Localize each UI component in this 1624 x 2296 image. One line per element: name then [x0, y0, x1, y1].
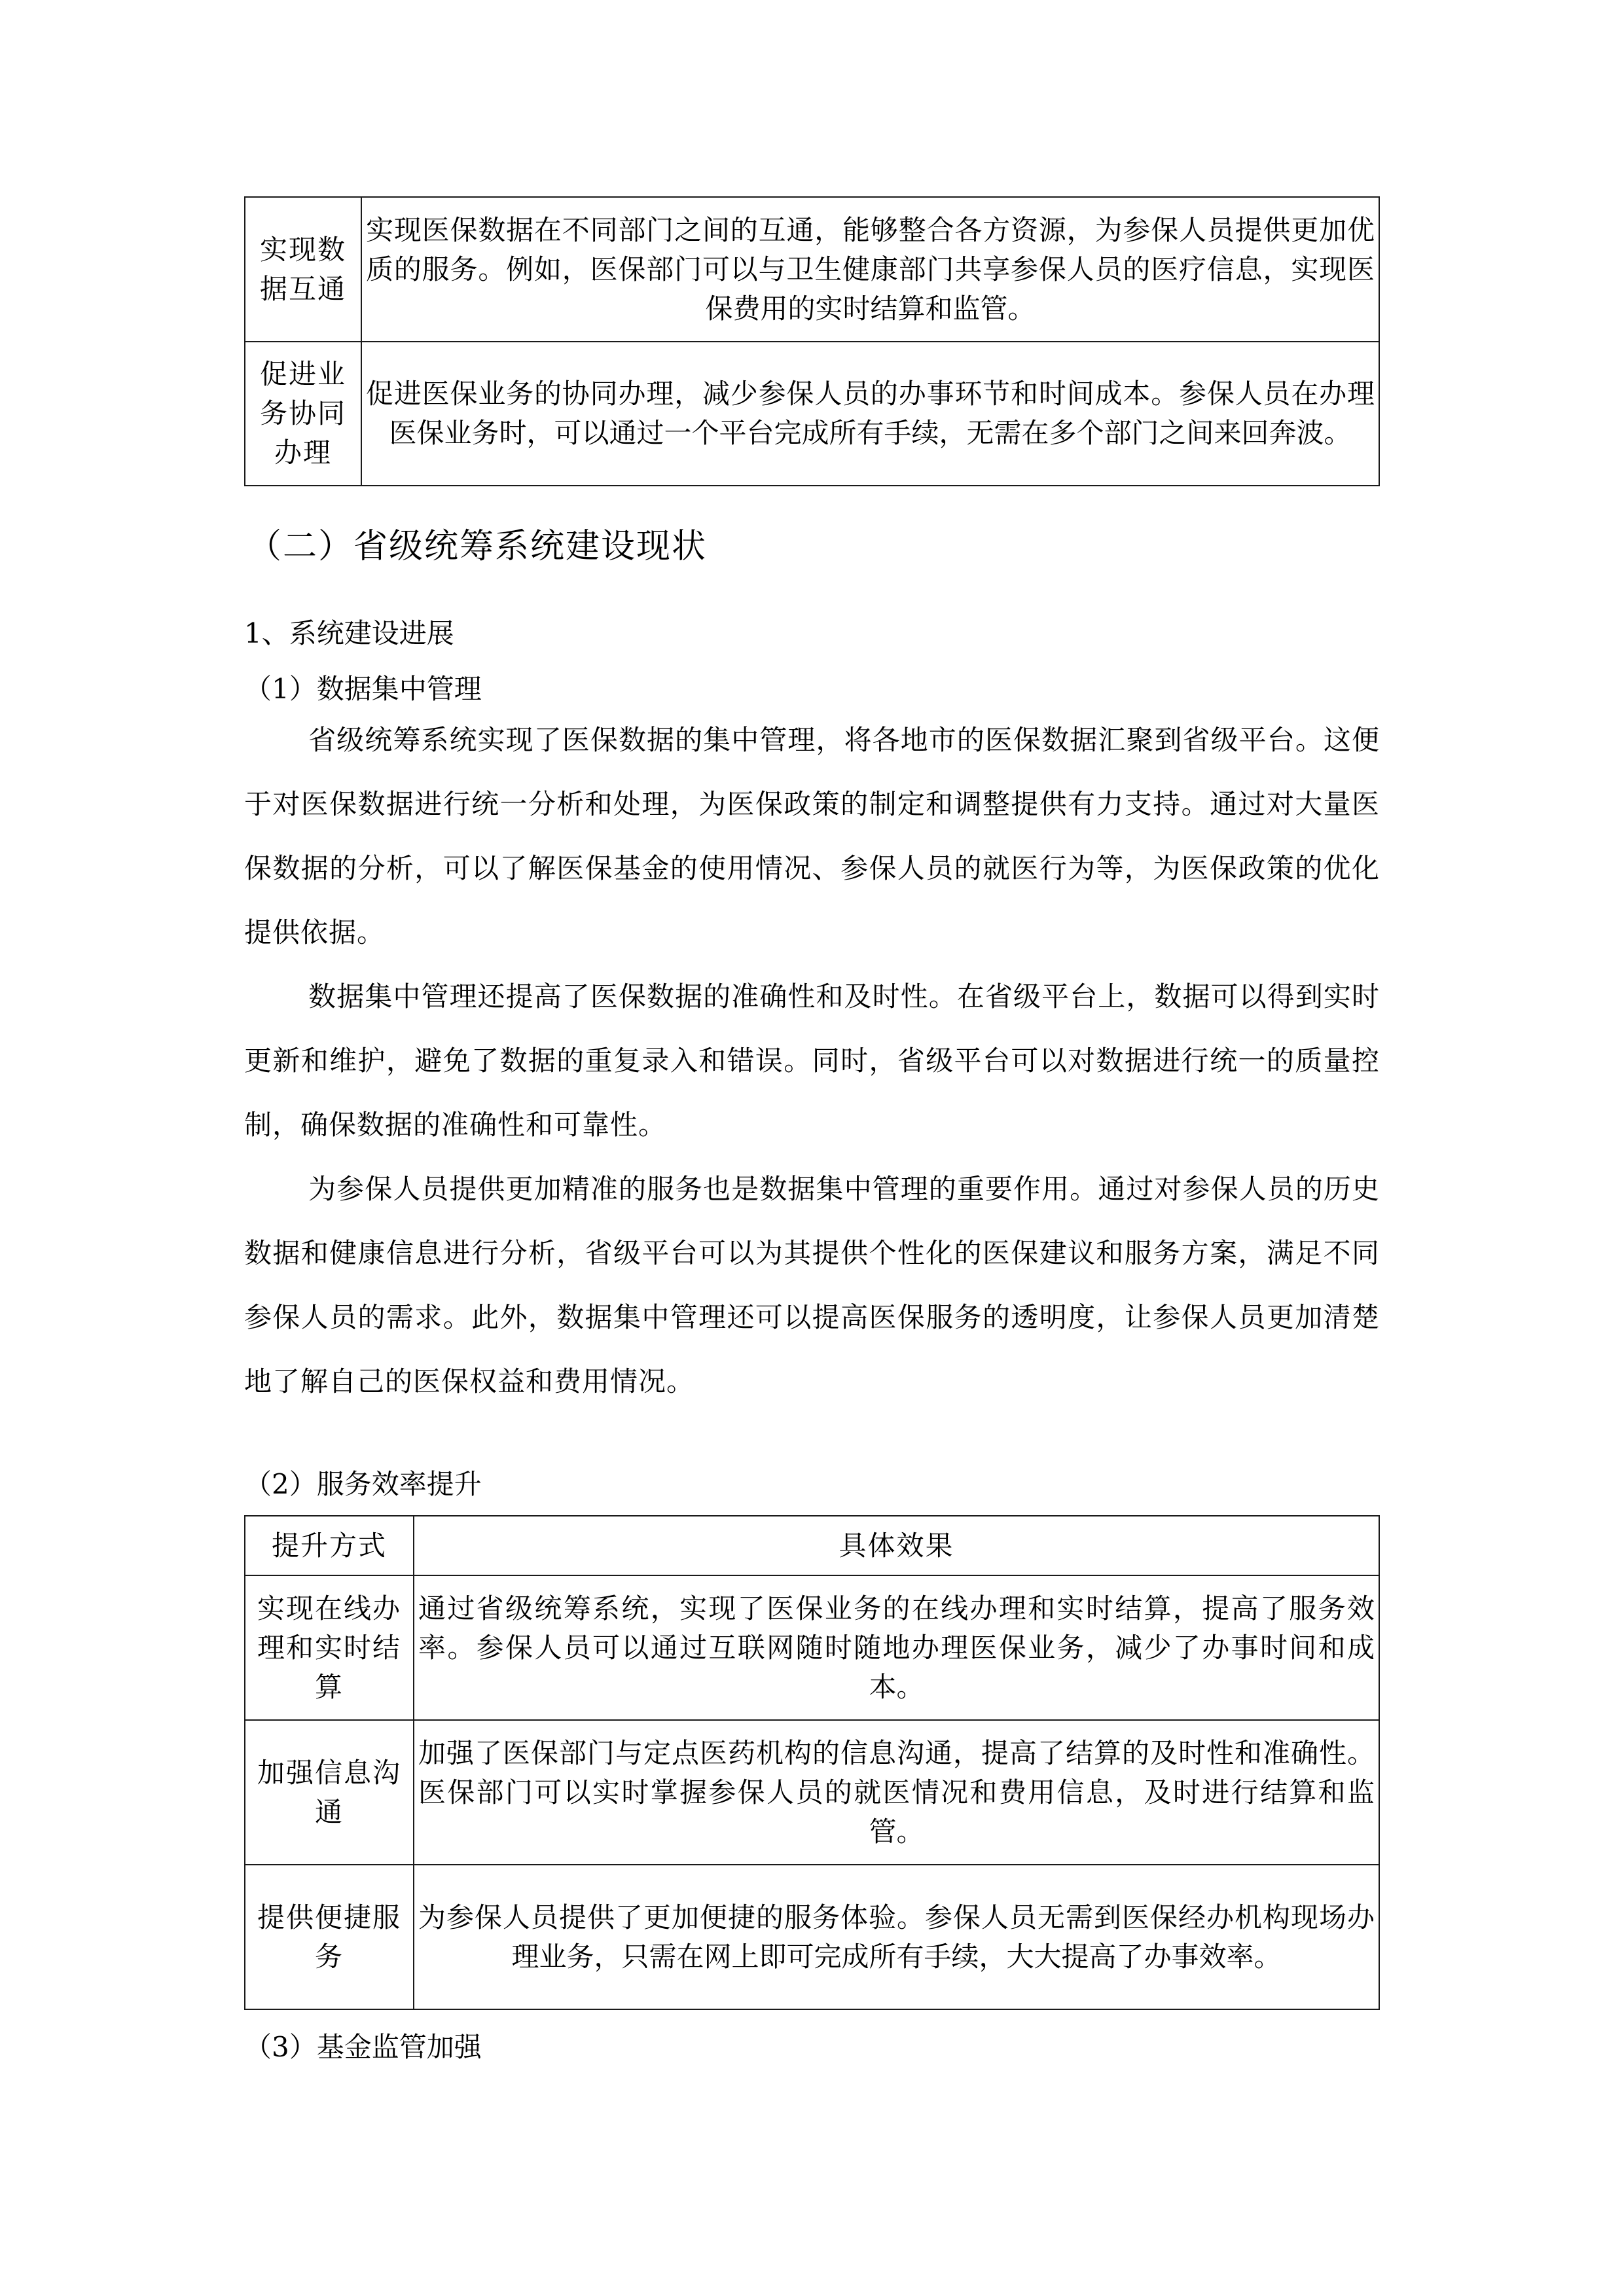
- section-heading: （二）省级统筹系统建设现状: [247, 524, 707, 569]
- cell-text: 促进医保业务的协同办理，减少参保人员的办事环节和时间成本。参保人员在办理医保业务…: [366, 374, 1375, 453]
- table-header-row: 提升方式 具体效果: [245, 1516, 1379, 1575]
- service-efficiency-table: 提升方式 具体效果 实现在线办理和实时结算 通过省级统筹系统，实现了医保业务的在…: [244, 1515, 1380, 2010]
- table-row: 提供便捷服务 为参保人员提供了更加便捷的服务体验。参保人员无需到医保经办机构现场…: [245, 1865, 1379, 2009]
- table-cell-key: 加强信息沟通: [245, 1720, 414, 1865]
- cell-text: 为参保人员提供了更加便捷的服务体验。参保人员无需到医保经办机构现场办理业务，只需…: [418, 1898, 1375, 1977]
- subsection-heading: 1、系统建设进展: [244, 615, 454, 652]
- table-cell-key: 实现在线办理和实时结算: [245, 1575, 414, 1720]
- table-row: 实现数据互通 实现医保数据在不同部门之间的互通，能够整合各方资源，为参保人员提供…: [245, 197, 1379, 342]
- table-cell-value: 为参保人员提供了更加便捷的服务体验。参保人员无需到医保经办机构现场办理业务，只需…: [414, 1865, 1379, 2009]
- paragraph-text: 为参保人员提供更加精准的服务也是数据集中管理的重要作用。通过对参保人员的历史数据…: [244, 1173, 1380, 1397]
- column-header: 具体效果: [414, 1516, 1379, 1575]
- item-heading-service-efficiency: （2）服务效率提升: [244, 1466, 482, 1503]
- body-paragraph: 为参保人员提供更加精准的服务也是数据集中管理的重要作用。通过对参保人员的历史数据…: [244, 1157, 1380, 1414]
- item-heading-data-management: （1）数据集中管理: [244, 671, 482, 708]
- data-interop-table: 实现数据互通 实现医保数据在不同部门之间的互通，能够整合各方资源，为参保人员提供…: [244, 196, 1380, 486]
- body-paragraph: 省级统筹系统实现了医保数据的集中管理，将各地市的医保数据汇聚到省级平台。这便于对…: [244, 708, 1380, 965]
- paragraph-text: 数据集中管理还提高了医保数据的准确性和及时性。在省级平台上，数据可以得到实时更新…: [244, 980, 1380, 1141]
- paragraph-text: 省级统筹系统实现了医保数据的集中管理，将各地市的医保数据汇聚到省级平台。这便于对…: [244, 724, 1380, 948]
- table-cell-key: 实现数据互通: [245, 197, 361, 342]
- item-heading-fund-supervision: （3）基金监管加强: [244, 2029, 482, 2066]
- body-paragraph: 数据集中管理还提高了医保数据的准确性和及时性。在省级平台上，数据可以得到实时更新…: [244, 965, 1380, 1157]
- document-page: 实现数据互通 实现医保数据在不同部门之间的互通，能够整合各方资源，为参保人员提供…: [0, 0, 1624, 2296]
- table-cell-value: 加强了医保部门与定点医药机构的信息沟通，提高了结算的及时性和准确性。医保部门可以…: [414, 1720, 1379, 1865]
- table-row: 促进业务协同办理 促进医保业务的协同办理，减少参保人员的办事环节和时间成本。参保…: [245, 342, 1379, 486]
- table-cell-value: 通过省级统筹系统，实现了医保业务的在线办理和实时结算，提高了服务效率。参保人员可…: [414, 1575, 1379, 1720]
- table-row: 实现在线办理和实时结算 通过省级统筹系统，实现了医保业务的在线办理和实时结算，提…: [245, 1575, 1379, 1720]
- table-cell-value: 促进医保业务的协同办理，减少参保人员的办事环节和时间成本。参保人员在办理医保业务…: [361, 342, 1379, 486]
- cell-text: 加强了医保部门与定点医药机构的信息沟通，提高了结算的及时性和准确性。医保部门可以…: [418, 1734, 1375, 1852]
- column-header: 提升方式: [245, 1516, 414, 1575]
- table-cell-value: 实现医保数据在不同部门之间的互通，能够整合各方资源，为参保人员提供更加优质的服务…: [361, 197, 1379, 342]
- cell-text: 通过省级统筹系统，实现了医保业务的在线办理和实时结算，提高了服务效率。参保人员可…: [418, 1589, 1375, 1707]
- cell-text: 实现医保数据在不同部门之间的互通，能够整合各方资源，为参保人员提供更加优质的服务…: [366, 211, 1375, 329]
- table-cell-key: 提供便捷服务: [245, 1865, 414, 2009]
- table-cell-key: 促进业务协同办理: [245, 342, 361, 486]
- table-row: 加强信息沟通 加强了医保部门与定点医药机构的信息沟通，提高了结算的及时性和准确性…: [245, 1720, 1379, 1865]
